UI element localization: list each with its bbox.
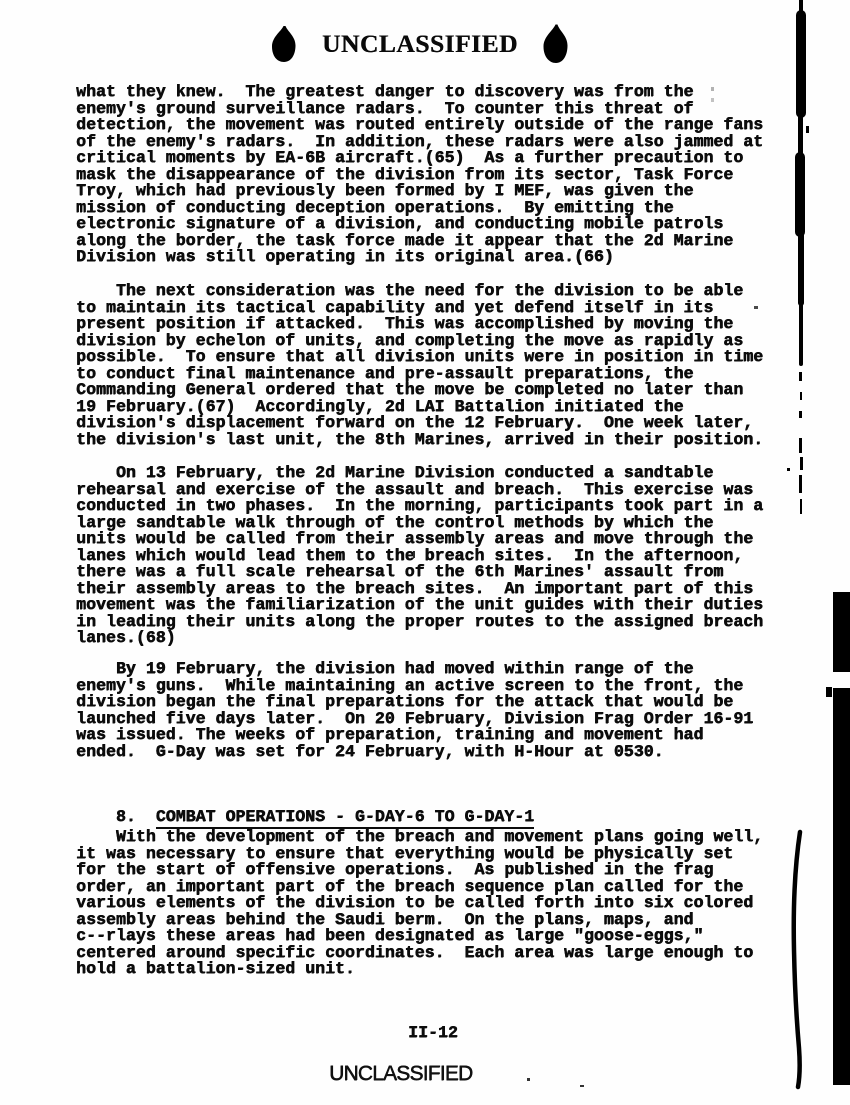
binding-line-dashes — [787, 372, 803, 514]
edge-bar — [826, 592, 850, 1085]
footer-page-number: II-12 — [408, 1025, 458, 1042]
footer-classification: UNCLASSIFIED — [329, 1062, 472, 1086]
ink-blob-left-icon — [272, 26, 296, 62]
paragraph-4: By 19 February, the division had moved w… — [76, 661, 753, 760]
paragraph-3: On 13 February, the 2d Marine Division c… — [76, 465, 763, 647]
paragraph-1: what they knew. The greatest danger to d… — [76, 84, 763, 266]
header-classification: UNCLASSIFIED — [322, 29, 518, 59]
section-number: 8. — [116, 807, 136, 826]
binding-line-lower — [794, 832, 800, 1087]
ink-blob-right-icon — [544, 25, 568, 64]
document-page: UNCLASSIFIED what they knew. The greates… — [0, 0, 850, 1105]
paragraph-5: With the development of the breach and m… — [76, 829, 763, 978]
paragraph-2: The next consideration was the need for … — [76, 283, 763, 448]
section-spacer — [136, 807, 156, 826]
section-title: COMBAT OPERATIONS - G-DAY-6 TO G-DAY-1 — [156, 807, 534, 829]
binding-line-upper — [795, 0, 809, 366]
